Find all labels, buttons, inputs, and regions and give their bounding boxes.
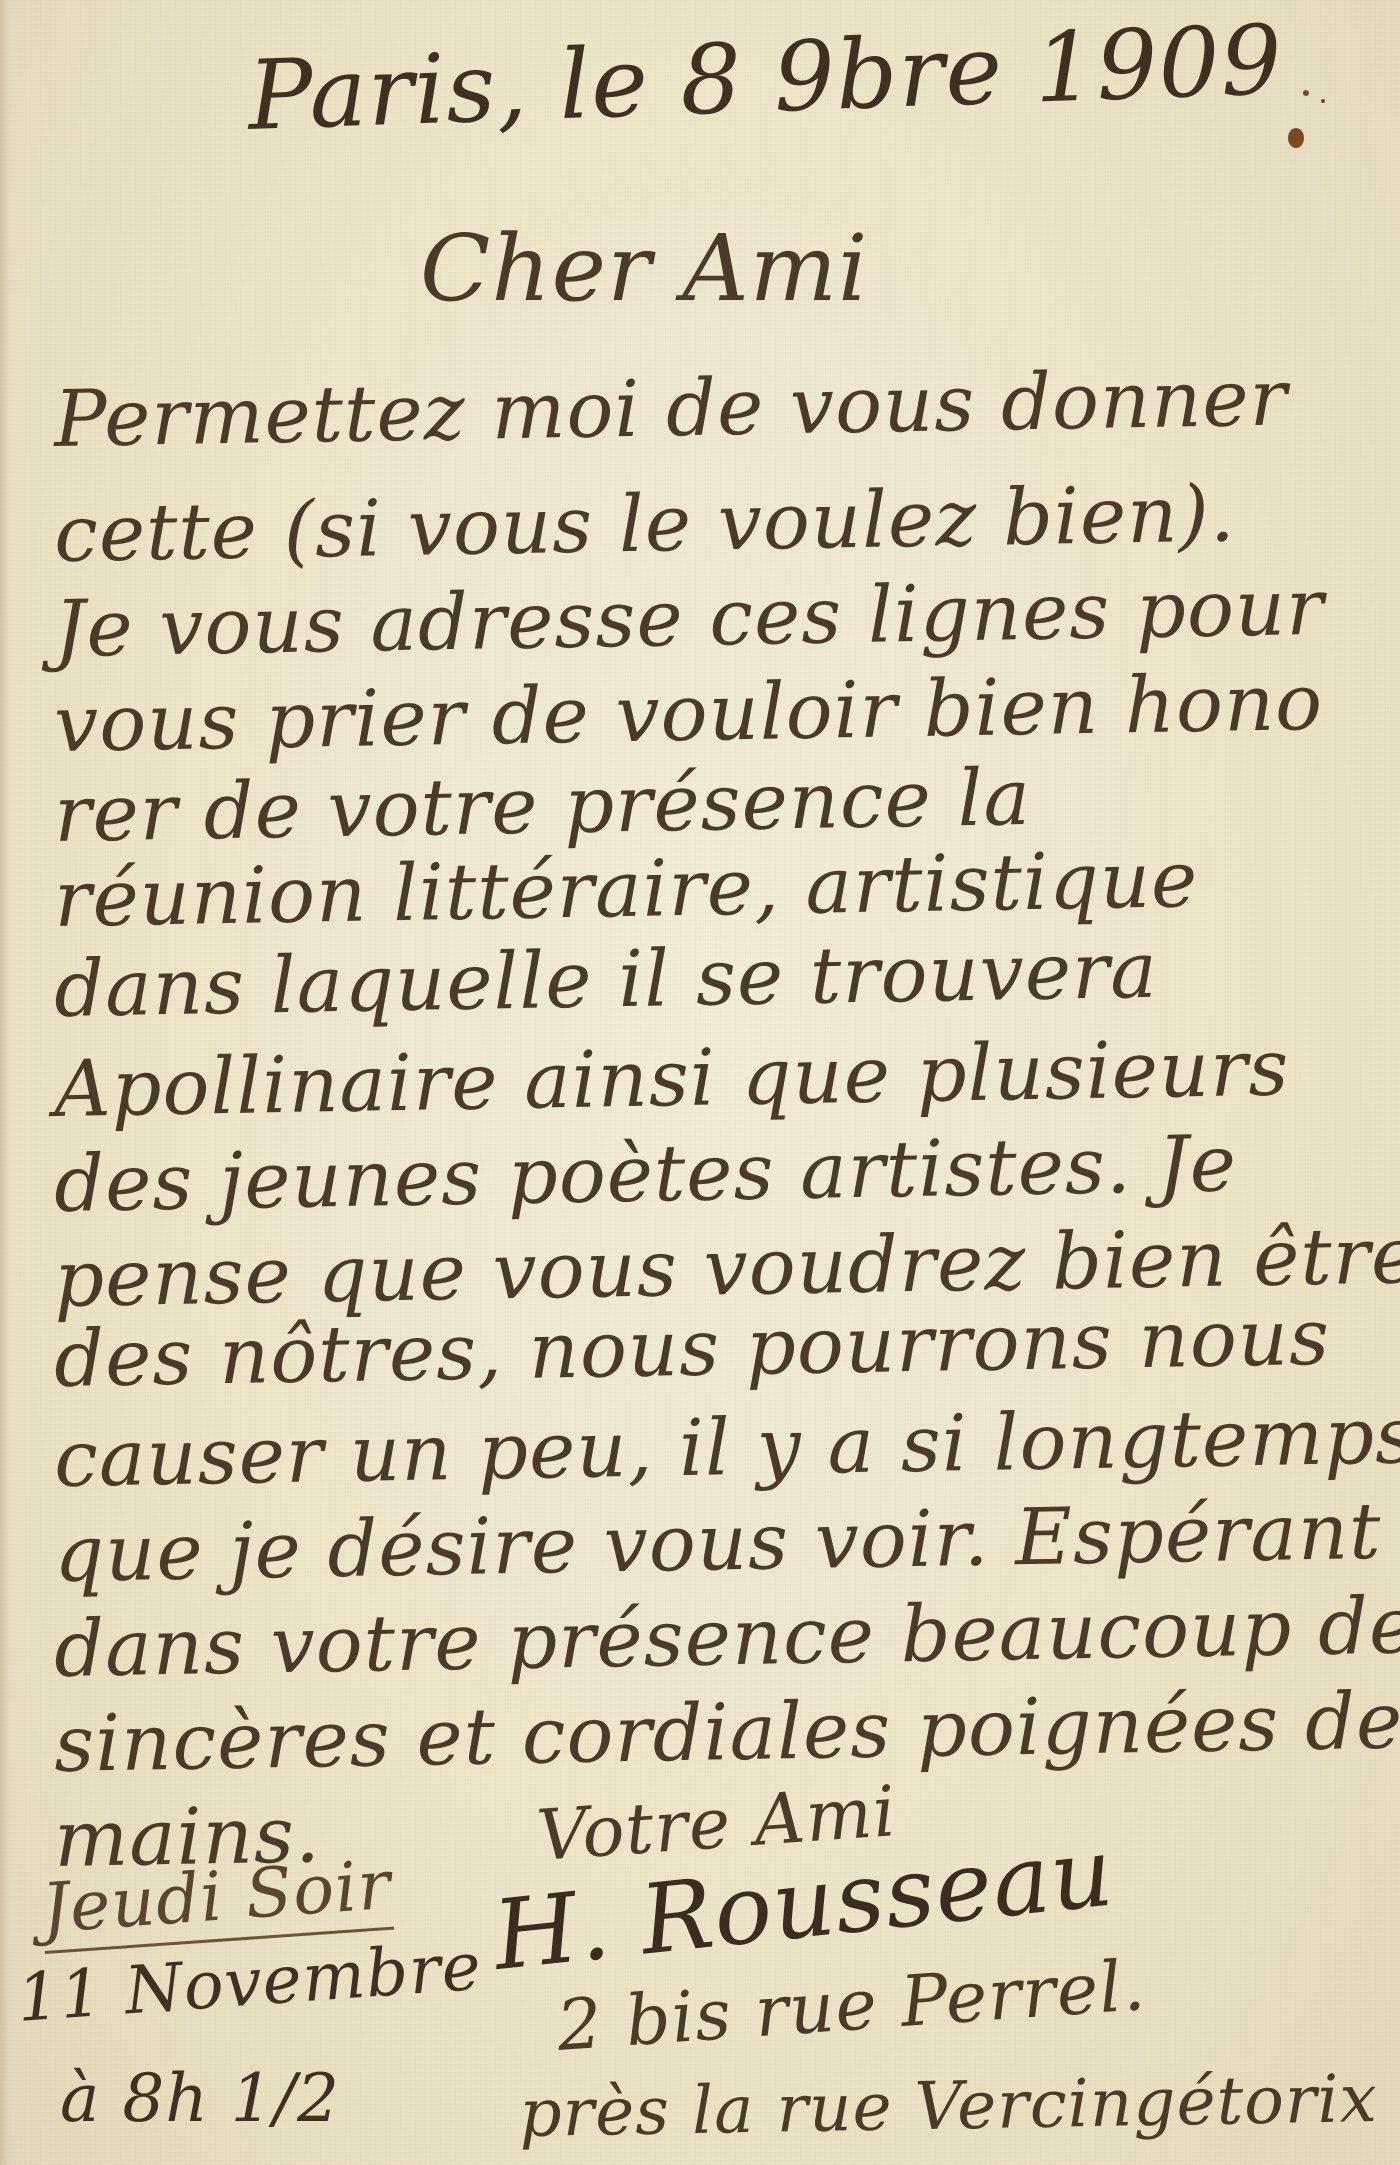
address-line: près la rue Vercingétorix xyxy=(519,2060,1379,2152)
ink-stain xyxy=(1321,99,1325,103)
body-line: dans laquelle il se trouvera xyxy=(53,926,1158,1035)
ink-stain xyxy=(1303,90,1309,96)
postscript-time: à 8h 1/2 xyxy=(60,2060,340,2137)
salutation: Cher Ami xyxy=(420,215,868,322)
ink-stain xyxy=(1288,128,1304,148)
paper-edge xyxy=(0,0,10,2165)
